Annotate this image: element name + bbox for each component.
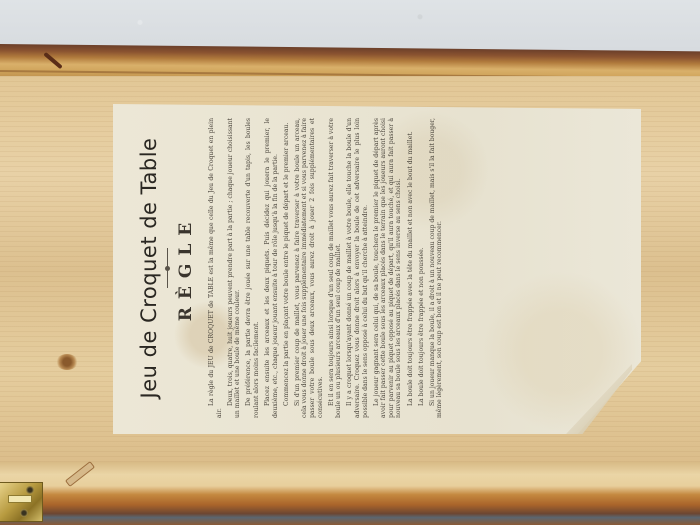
wood-crack [43,52,62,69]
rule-paragraph: La boule doit toujours être frappée avec… [407,118,415,418]
rule-paragraph: Si d'un premier coup de maillet, vous pa… [294,118,324,418]
screw-icon [26,486,34,494]
sheet-title: Jeu de Croquet de Table [137,118,161,418]
wood-knot [56,354,78,370]
rule-paragraph: Placez ensuite les arceaux et les deux p… [264,118,279,418]
hinge-pin [8,495,32,503]
decorative-divider [167,248,168,288]
screw-icon [20,509,28,517]
rule-paragraph: Si un joueur manque la boule, il a droit… [429,118,444,418]
rule-paragraph: La boule doit toujours être frappée et n… [418,118,426,418]
rule-paragraph: De préférence, la partie devra être joué… [245,118,260,418]
rule-paragraph: Commencez la partie en plaçant votre bou… [283,118,291,418]
rule-paragraph: Et il en sera toujours ainsi lorsque d'u… [328,118,343,418]
wood-crack [65,461,95,487]
rule-paragraph: Le joueur gagnant sera celui qui, de sa … [373,118,403,418]
rules-sheet-text: Jeu de Croquet de Table RÈGLE La règle d… [113,104,641,434]
brass-hinge-icon [0,482,43,522]
rule-paragraph: Il y a croquet lorsqu'ayant donné un cou… [346,118,369,418]
rule-paragraph: La règle du JEU de CROQUET de TABLE est … [208,118,223,418]
rule-paragraph: Deux, trois, quatre, huit joueurs peuven… [227,118,242,418]
box-frame-bottom [0,462,700,525]
sheet-heading: RÈGLE [176,118,196,418]
